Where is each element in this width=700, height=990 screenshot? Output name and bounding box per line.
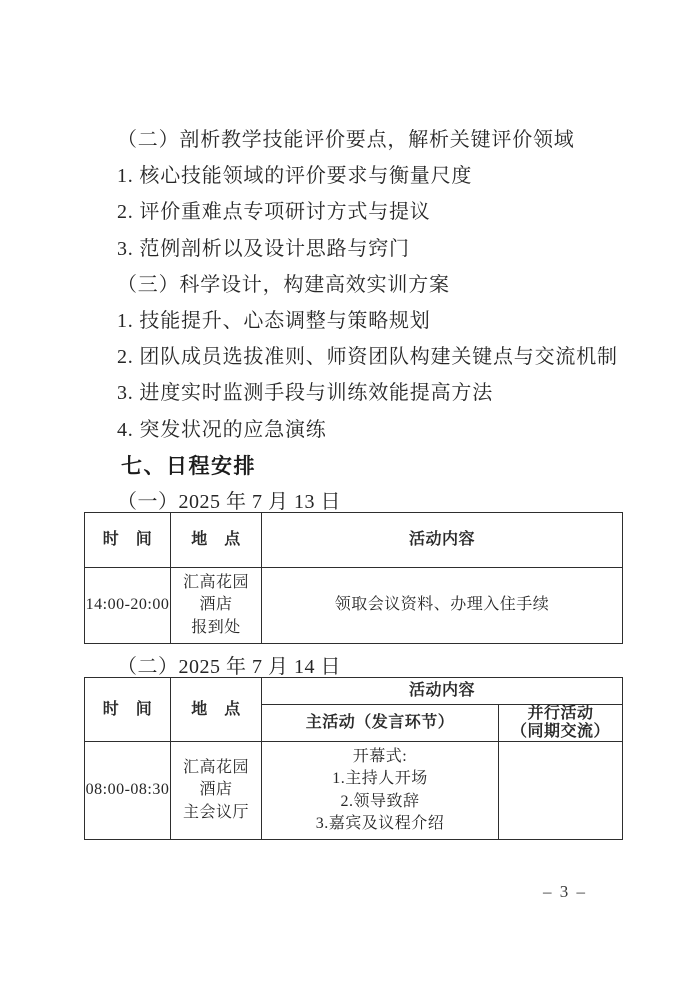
day2-cell-time: 08:00-08:30: [85, 742, 171, 840]
chapter-heading: 七、日程安排: [121, 450, 256, 480]
day2-col-header-parallel-activity: 并行活动 （同期交流）: [499, 705, 623, 742]
outline-line: 4. 突发状况的应急演练: [117, 412, 618, 448]
day1-col-header-location: 地 点: [171, 513, 262, 568]
day2-cell-parallel-activity: [499, 742, 623, 840]
day2-col-header-time: 时 间: [85, 678, 171, 742]
schedule-table-day2: 时 间 地 点 活动内容 主活动（发言环节） 并行活动 （同期交流） 08:00…: [84, 677, 623, 840]
outline-line: （二）剖析教学技能评价要点，解析关键评价领域: [117, 122, 618, 158]
page-number: – 3 –: [520, 882, 610, 902]
day1-cell-time: 14:00-20:00: [85, 568, 171, 644]
day2-cell-main-activity: 开幕式: 1.主持人开场 2.领导致辞 3.嘉宾及议程介绍: [262, 742, 499, 840]
day1-cell-location: 汇高花园 酒店 报到处: [171, 568, 262, 644]
day1-col-header-time: 时 间: [85, 513, 171, 568]
day2-date-heading: （二）2025 年 7 月 14 日: [117, 650, 341, 679]
day2-col-header-main-activity: 主活动（发言环节）: [262, 705, 499, 742]
document-page: （二）剖析教学技能评价要点，解析关键评价领域 1. 核心技能领域的评价要求与衡量…: [0, 0, 700, 990]
day1-date-heading: （一）2025 年 7 月 13 日: [117, 485, 341, 514]
day2-col-header-location: 地 点: [171, 678, 262, 742]
day1-cell-activity: 领取会议资料、办理入住手续: [262, 568, 623, 644]
outline-line: 2. 团队成员选拔准则、师资团队构建关键点与交流机制: [117, 339, 618, 375]
day2-cell-location: 汇高花园 酒店 主会议厅: [171, 742, 262, 840]
outline-text-block: （二）剖析教学技能评价要点，解析关键评价领域 1. 核心技能领域的评价要求与衡量…: [117, 122, 618, 448]
outline-line: 3. 范例剖析以及设计思路与窍门: [117, 231, 618, 267]
outline-line: （三）科学设计，构建高效实训方案: [117, 267, 618, 303]
outline-line: 1. 核心技能领域的评价要求与衡量尺度: [117, 158, 618, 194]
schedule-table-day1: 时 间 地 点 活动内容 14:00-20:00 汇高花园 酒店 报到处 领取会…: [84, 512, 623, 644]
outline-line: 1. 技能提升、心态调整与策略规划: [117, 303, 618, 339]
outline-line: 3. 进度实时监测手段与训练效能提高方法: [117, 375, 618, 411]
day1-col-header-activity: 活动内容: [262, 513, 623, 568]
outline-line: 2. 评价重难点专项研讨方式与提议: [117, 194, 618, 230]
day2-col-header-activity-group: 活动内容: [262, 678, 623, 705]
